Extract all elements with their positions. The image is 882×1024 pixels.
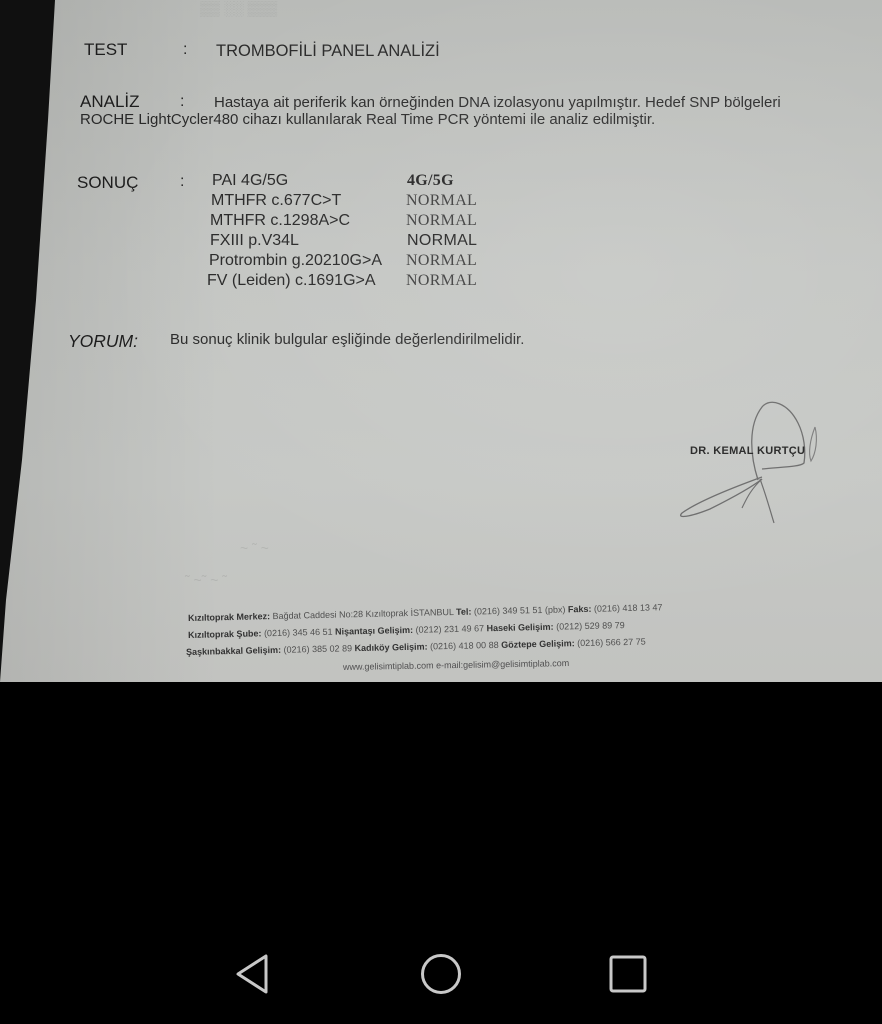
- result-value: NORMAL: [407, 232, 477, 250]
- analiz-text-line2: ROCHE LightCycler480 cihazı kullanılarak…: [80, 111, 655, 128]
- test-value: TROMBOFİLİ PANEL ANALİZİ: [216, 42, 440, 61]
- bleed-through-mark: ˜ ~˜ ~ ˜: [185, 572, 227, 588]
- footer-text: (0212) 529 89 79: [554, 620, 625, 632]
- back-button[interactable]: [228, 950, 276, 998]
- bleed-through-mark: ▒▒ ░░ ▒▒▒: [200, 0, 277, 16]
- signer-name: DR. KEMAL KURTÇU: [690, 445, 805, 457]
- recents-icon: [608, 954, 648, 994]
- footer-text: (0216) 385 02 89: [281, 643, 355, 655]
- result-name: MTHFR c.1298A>C: [210, 212, 350, 230]
- footer-label: Göztepe Gelişim:: [501, 638, 575, 650]
- result-value: NORMAL: [406, 272, 477, 290]
- result-name: PAI 4G/5G: [212, 172, 288, 190]
- result-value: 4G/5G: [407, 172, 454, 190]
- footer-label: Nişantaşı Gelişim:: [335, 625, 413, 637]
- footer-text: (0216) 418 00 88: [427, 640, 501, 652]
- result-name: MTHFR c.677C>T: [211, 192, 341, 210]
- navigation-bar: [0, 920, 882, 1024]
- footer-text: Bağdat Caddesi No:28 Kızıltoprak İSTANBU…: [270, 607, 456, 621]
- recents-button[interactable]: [604, 950, 652, 998]
- footer-line-3: Şaşkınbakkal Gelişim: (0216) 385 02 89 K…: [186, 637, 646, 657]
- yorum-text: Bu sonuç klinik bulgular eşliğinde değer…: [170, 331, 524, 348]
- footer-label: Kadıköy Gelişim:: [354, 642, 427, 654]
- signature-scribble: [670, 395, 830, 525]
- footer-label: Haseki Gelişim:: [486, 622, 553, 634]
- footer-text: (0216) 345 46 51: [261, 627, 335, 639]
- analiz-label: ANALİZ: [80, 92, 140, 112]
- analiz-text-line1: Hastaya ait periferik kan örneğinden DNA…: [214, 94, 781, 111]
- footer-label: Şaşkınbakkal Gelişim:: [186, 645, 281, 657]
- footer-label: Kızıltoprak Merkez:: [188, 611, 270, 623]
- footer-text: (0216) 418 13 47: [591, 602, 662, 614]
- footer-text: (0216) 349 51 51 (pbx): [471, 604, 568, 616]
- home-button[interactable]: [417, 950, 465, 998]
- result-name: FV (Leiden) c.1691G>A: [207, 272, 376, 290]
- analiz-separator: :: [180, 93, 184, 111]
- footer-label: Kızıltoprak Şube:: [188, 628, 262, 640]
- footer-line-2: Kızıltoprak Şube: (0216) 345 46 51 Nişan…: [188, 620, 625, 640]
- sonuc-label: SONUÇ: [77, 173, 138, 193]
- footer-text: (0212) 231 49 67: [413, 623, 487, 635]
- result-value: NORMAL: [406, 212, 477, 230]
- home-icon: [419, 952, 463, 996]
- document-photo: ▒▒ ░░ ▒▒▒ ~ ˜ ~ ˜ ~˜ ~ ˜ TEST : TROMBOFİ…: [0, 0, 882, 682]
- lab-report: ▒▒ ░░ ▒▒▒ ~ ˜ ~ ˜ ~˜ ~ ˜ TEST : TROMBOFİ…: [0, 0, 882, 682]
- bleed-through-mark: ~ ˜ ~: [240, 540, 269, 556]
- footer-label: Tel:: [456, 607, 472, 617]
- footer-text: (0216) 566 27 75: [575, 637, 646, 649]
- yorum-label: YORUM:: [68, 331, 138, 352]
- footer-label: Faks:: [568, 604, 592, 615]
- test-separator: :: [183, 41, 187, 59]
- back-icon: [232, 952, 272, 996]
- result-value: NORMAL: [406, 192, 477, 210]
- test-label: TEST: [84, 40, 127, 60]
- footer-website: www.gelisimtiplab.com e-mail:gelisim@gel…: [343, 658, 569, 672]
- result-name: Protrombin g.20210G>A: [209, 252, 382, 270]
- result-value: NORMAL: [406, 252, 477, 270]
- result-name: FXIII p.V34L: [210, 232, 299, 250]
- sonuc-separator: :: [180, 173, 184, 191]
